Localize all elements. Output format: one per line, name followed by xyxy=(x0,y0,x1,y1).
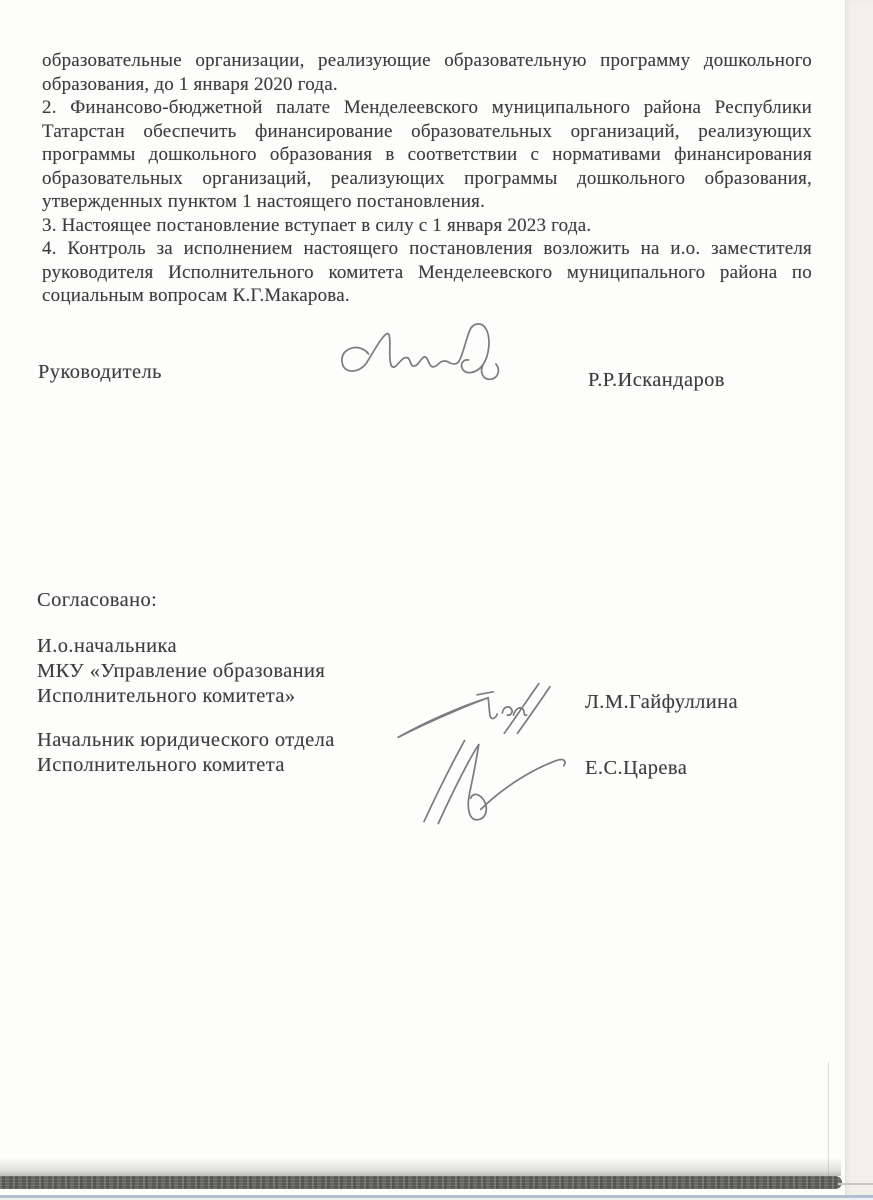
director-signature xyxy=(322,318,504,400)
page-bottom-edge-band xyxy=(0,1176,842,1189)
role-line: Исполнительного комитета xyxy=(37,753,335,778)
role-line: Начальник юридического отдела xyxy=(37,728,335,753)
approval-signature-2 xyxy=(422,724,579,831)
role-line: МКУ «Управление образования xyxy=(37,659,325,684)
paragraph-continuation: образовательные организации, реализующие… xyxy=(42,49,812,96)
paragraph-item-4: 4. Контроль за исполнением настоящего по… xyxy=(42,237,812,308)
paragraph-item-3: 3. Настоящее постановление вступает в си… xyxy=(42,214,812,238)
page-bottom-edge-tail xyxy=(838,1183,873,1185)
approval-entry-1-name: Л.М.Гайфуллина xyxy=(585,690,738,715)
approval-heading: Согласовано: xyxy=(37,588,157,613)
paragraph-item-2: 2. Финансово-бюджетной палате Менделеевс… xyxy=(42,96,812,214)
document-body: образовательные организации, реализующие… xyxy=(42,49,812,308)
role-line: Исполнительного комитета» xyxy=(37,684,325,709)
role-line: И.о.начальника xyxy=(37,634,325,659)
scan-right-edge xyxy=(845,0,873,1200)
director-role-label: Руководитель xyxy=(38,360,162,385)
scanned-document-page: образовательные организации, реализующие… xyxy=(0,0,873,1200)
page-bottom-shadow xyxy=(0,1157,841,1176)
approval-entry-2-name: Е.С.Царева xyxy=(585,756,687,781)
approval-entry-2-role: Начальник юридического отдела Исполнител… xyxy=(37,728,335,778)
director-name: Р.Р.Искандаров xyxy=(588,368,725,393)
approval-entry-1-role: И.о.начальника МКУ «Управление образован… xyxy=(37,634,325,709)
